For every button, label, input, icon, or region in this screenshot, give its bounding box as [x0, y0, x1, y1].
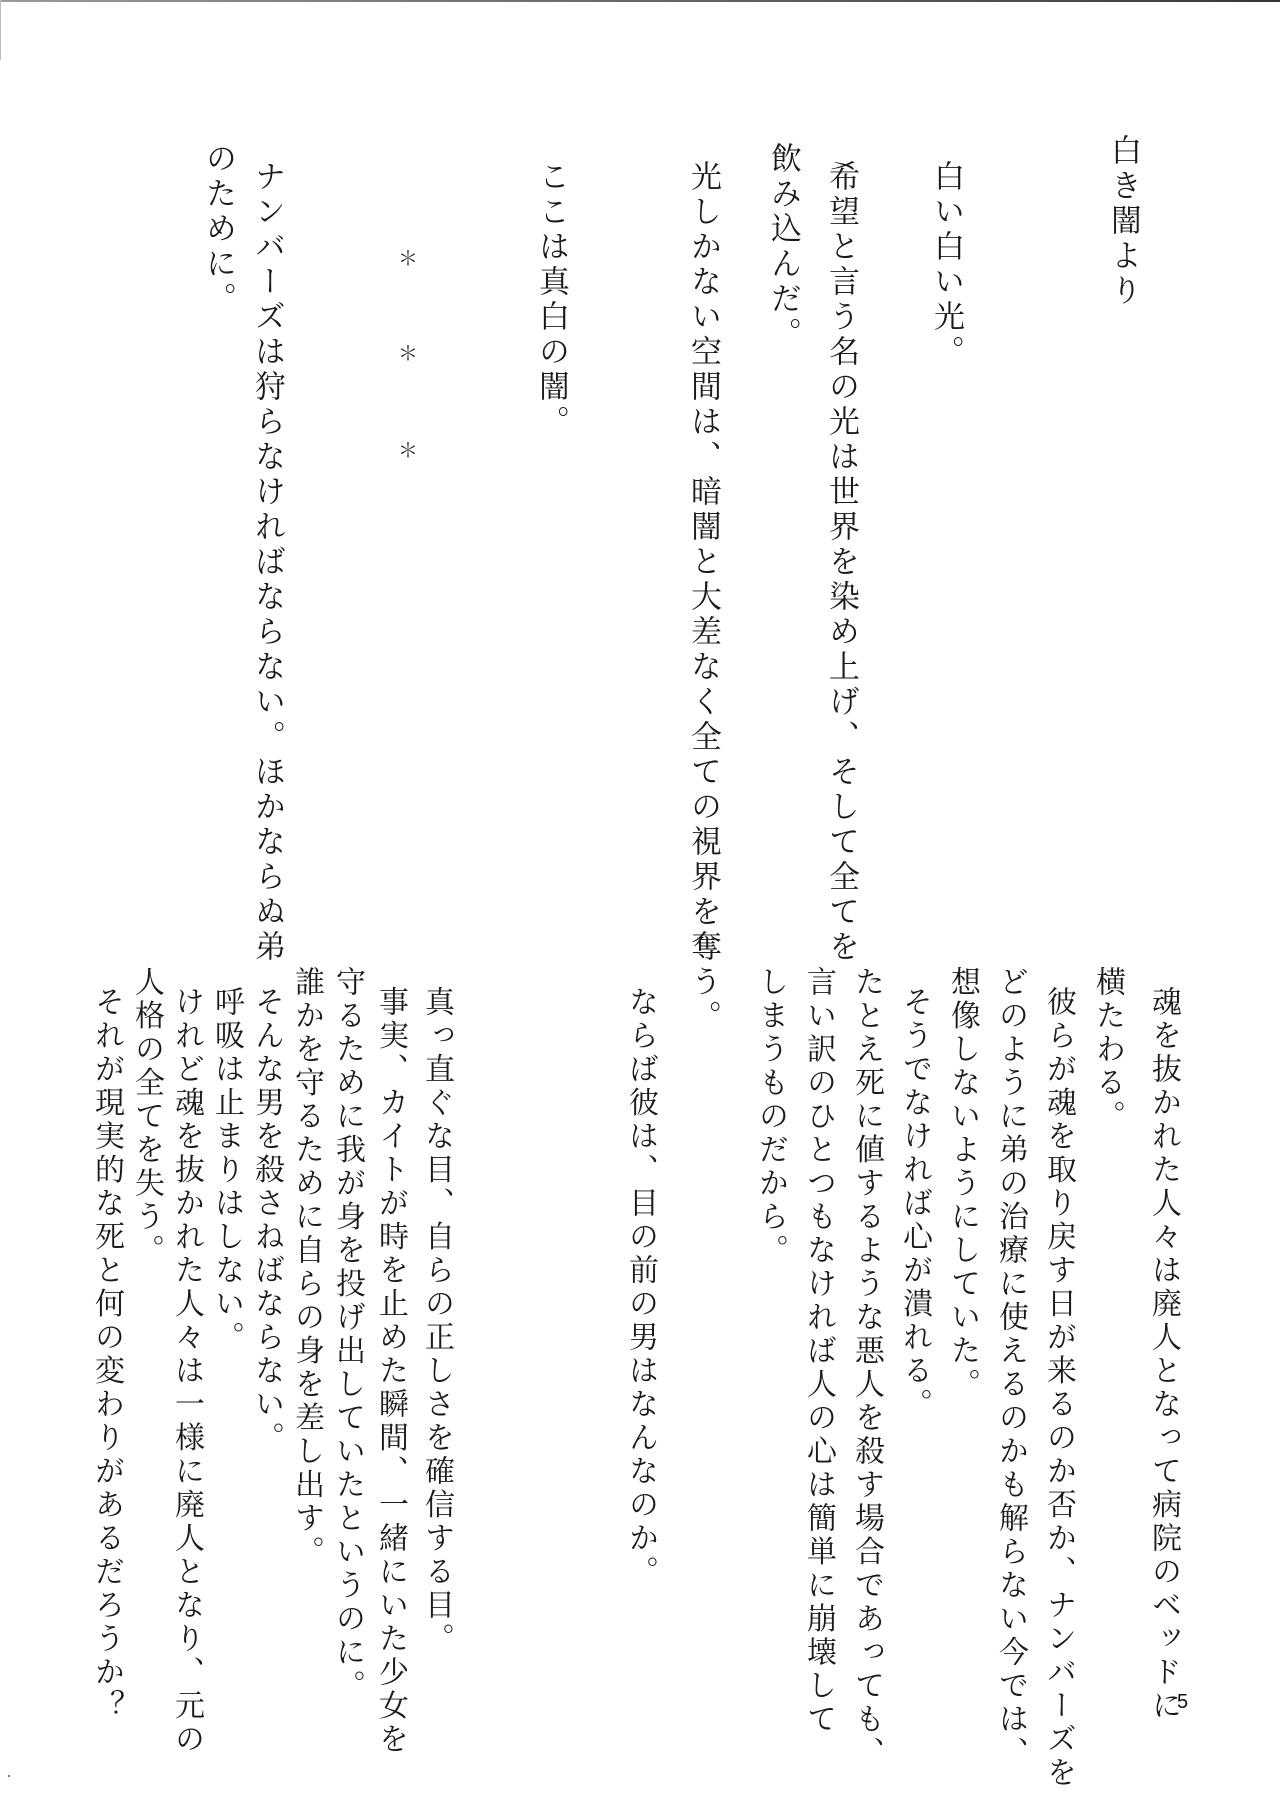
text-column: ここは真白の闇。 — [534, 160, 568, 440]
text-column: そんな男を殺さねばならない。 — [249, 986, 283, 1455]
text-column: 言い訳のひとつもなければ人の心は簡単に崩壊して — [801, 966, 835, 1737]
text-column: 事実、カイトが時を止めた瞬間、一緒にいた少女を — [373, 986, 407, 1757]
text-column: 魂を抜かれた人々は廃人となって病院のベッドに — [1146, 986, 1180, 1723]
text-column: 光しかない空間は、暗闇と大差なく全ての視界を奪う。 — [686, 160, 720, 1035]
text-column: たとえ死に値するような悪人を殺す場合であっても、 — [849, 966, 883, 1770]
text-column: 白い白い光。 — [929, 160, 963, 370]
page-title: 白き闇より — [1106, 134, 1140, 309]
text-column: 想像しないようにしていた。 — [945, 966, 979, 1402]
text-column: 横たわる。 — [1090, 966, 1124, 1134]
text-column: けれど魂を抜かれた人々は一様に廃人となり、元の — [169, 986, 203, 1757]
scan-speck — [8, 1775, 10, 1777]
page-top-edge — [0, 0, 1280, 2]
text-column: しまうものだから。 — [753, 966, 787, 1268]
page-number: 5 — [1177, 1691, 1188, 1714]
scene-break-asterisk: ＊ — [398, 440, 418, 460]
text-column: 人格の全てを失う。 — [129, 966, 163, 1268]
text-column: 希望と言う名の光は世界を染め上げ、そして全てを — [824, 160, 858, 965]
text-column: 守るために我が身を投げ出していたというのに。 — [330, 966, 364, 1703]
text-column: のために。 — [201, 142, 235, 317]
text-column: 彼らが魂を取り戻す日が来るのか否か、ナンバーズを — [1041, 986, 1075, 1790]
text-column: 真っ直ぐな目、自らの正しさを確信する目。 — [419, 986, 453, 1656]
scene-break-asterisk: ＊ — [398, 248, 418, 268]
scene-break-asterisk: ＊ — [398, 343, 418, 363]
text-column: そうでなければ心が潰れる。 — [897, 986, 931, 1422]
text-column: 呼吸は止まりはしない。 — [209, 986, 243, 1355]
text-column: それが現実的な死と何の変わりがあるだろうか？ — [89, 986, 123, 1723]
text-column: ならば彼は、目の前の男はなんなのか。 — [623, 986, 657, 1589]
text-column: どのように弟の治療に使えるのかも解らない今では、 — [993, 966, 1027, 1770]
text-column: 誰かを守るために自らの身を差し出す。 — [289, 966, 323, 1569]
text-column: 飲み込んだ。 — [766, 142, 800, 352]
page-left-edge — [0, 0, 1, 60]
text-column: ナンバーズは狩らなければならない。ほかならぬ弟 — [250, 160, 284, 965]
